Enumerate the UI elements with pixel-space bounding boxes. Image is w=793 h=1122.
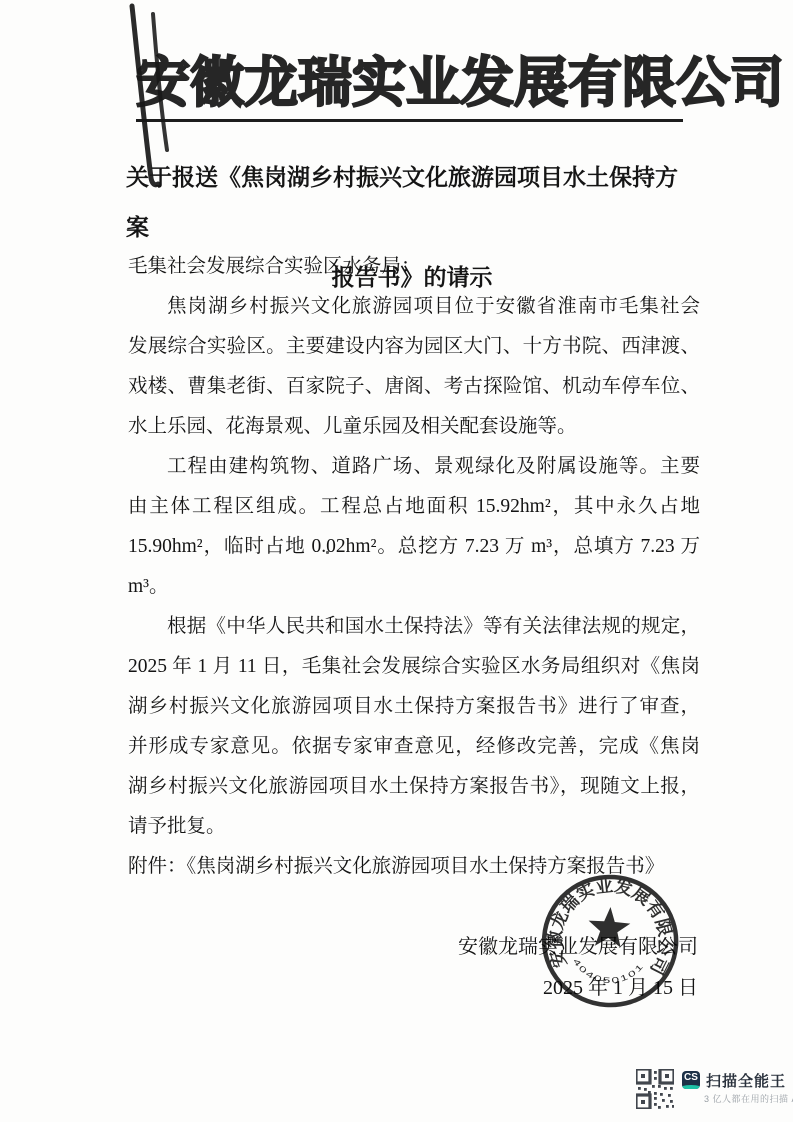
body-line: 并形成专家意见。依据专家审查意见，经修改完善，完成《焦岗 bbox=[128, 727, 700, 767]
company-seal: 安徽龙瑞实业发展有限公司 34040501017 bbox=[532, 865, 688, 1021]
body-line: 15.90hm²，临时占地 0.02hm²。总挖方 7.23 万 m³，总填方 … bbox=[128, 527, 700, 567]
body-line: 湖乡村振兴文化旅游园项目水土保持方案报告书》，现随文上报， bbox=[128, 767, 700, 807]
app-tagline: 3 亿人都在用的扫描 App bbox=[704, 1092, 793, 1105]
salutation: 毛集社会发展综合实验区水务局： bbox=[128, 247, 700, 287]
body-line: 工程由建构筑物、道路广场、景观绿化及附属设施等。主要 bbox=[128, 447, 700, 487]
body-line: 焦岗湖乡村振兴文化旅游园项目位于安徽省淮南市毛集社会 bbox=[128, 287, 700, 327]
body-line: 湖乡村振兴文化旅游园项目水土保持方案报告书》进行了审查， bbox=[128, 687, 700, 727]
scanned-document-page: 安徽龙瑞实业发展有限公司 关于报送《焦岗湖乡村振兴文化旅游园项目水土保持方案 报… bbox=[0, 0, 793, 1122]
scan-artifact-dot bbox=[735, 99, 739, 103]
title-line-1: 关于报送《焦岗湖乡村振兴文化旅游园项目水土保持方案 bbox=[126, 152, 698, 252]
cs-logo: CS bbox=[682, 1071, 700, 1089]
letterhead-company-name: 安徽龙瑞实业发展有限公司 bbox=[136, 40, 696, 117]
cs-logo-text: CS bbox=[682, 1072, 700, 1083]
body-line: 请予批复。 bbox=[128, 807, 700, 847]
letter-body: 毛集社会发展综合实验区水务局： 焦岗湖乡村振兴文化旅游园项目位于安徽省淮南市毛集… bbox=[128, 247, 700, 887]
body-line: 由主体工程区组成。工程总占地面积 15.92hm²，其中永久占地 bbox=[128, 487, 700, 527]
body-line: 发展综合实验区。主要建设内容为园区大门、十方书院、西津渡、 bbox=[128, 327, 700, 367]
body-line: 根据《中华人民共和国水土保持法》等有关法律法规的规定， bbox=[128, 607, 700, 647]
qr-code bbox=[636, 1069, 674, 1109]
body-line: 2025 年 1 月 11 日，毛集社会发展综合实验区水务局组织对《焦岗 bbox=[128, 647, 700, 687]
body-line: 戏楼、曹集老街、百家院子、唐阁、考古探险馆、机动车停车位、 bbox=[128, 367, 700, 407]
camscanner-watermark: CS 扫描全能王 3 亿人都在用的扫描 App bbox=[630, 1064, 790, 1114]
letterhead-rule bbox=[136, 119, 683, 122]
pen-scribble-mark bbox=[108, 0, 188, 200]
seal-star bbox=[587, 905, 631, 948]
body-line: 水上乐园、花海景观、儿童乐园及相关配套设施等。 bbox=[128, 407, 700, 447]
body-line: m³。 bbox=[128, 567, 700, 607]
app-name: 扫描全能王 bbox=[706, 1070, 786, 1091]
cs-logo-swoosh bbox=[682, 1085, 700, 1089]
